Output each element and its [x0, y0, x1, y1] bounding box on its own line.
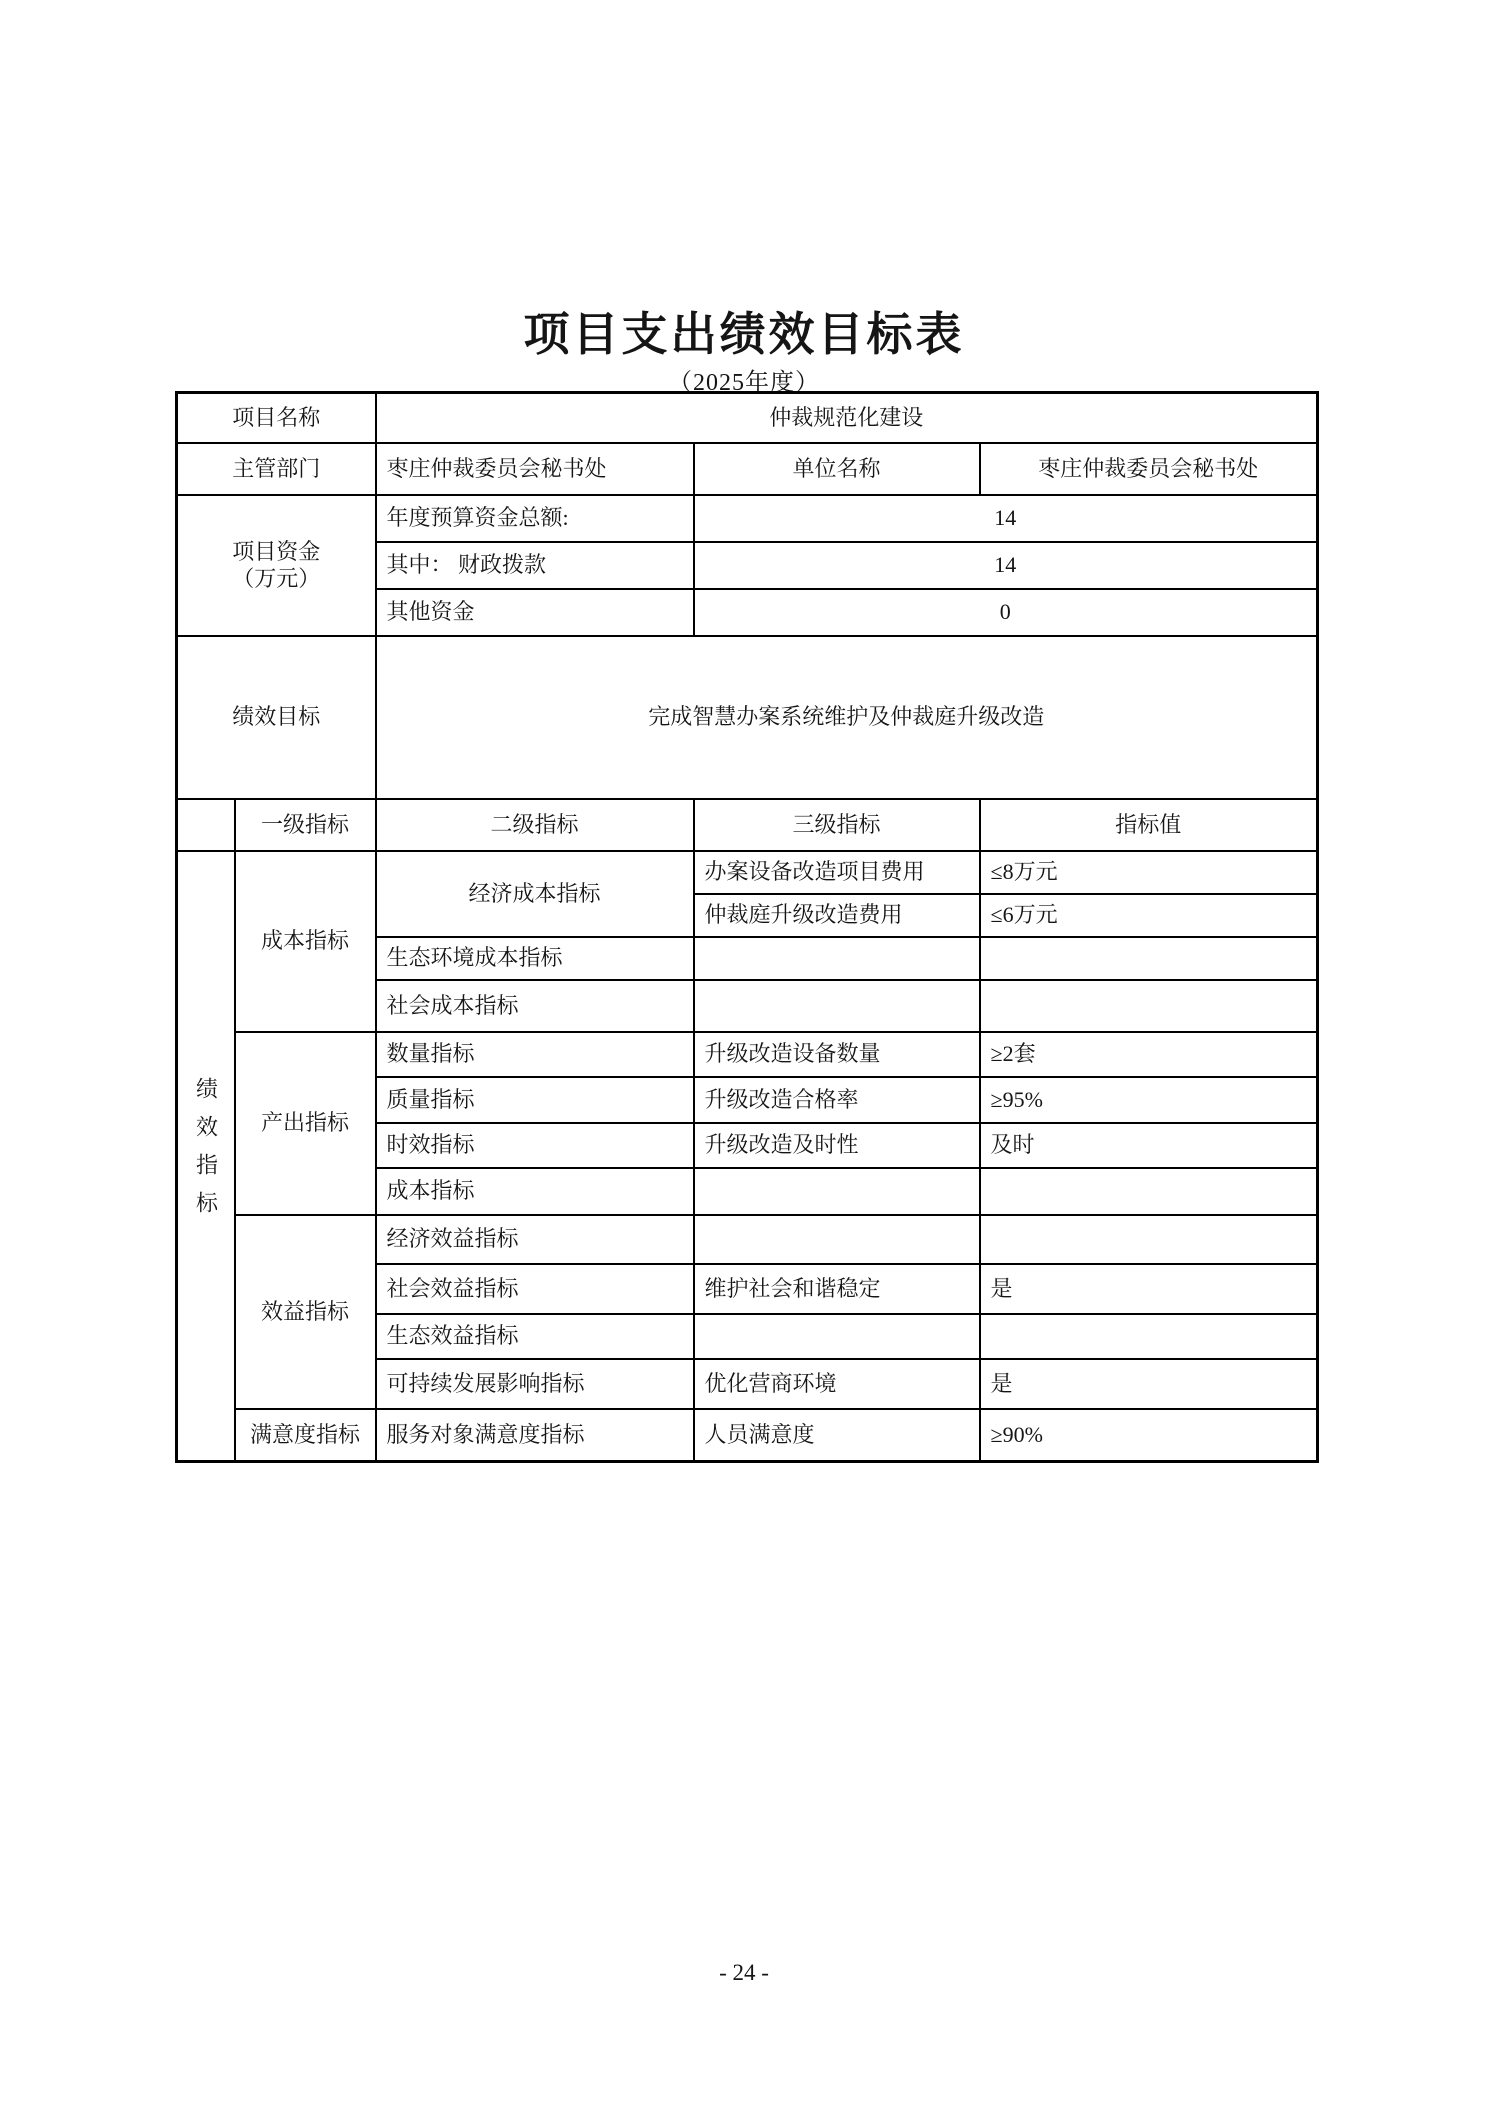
- level2-cell: 质量指标: [376, 1077, 694, 1123]
- value-cell: [980, 980, 1318, 1032]
- value-cell: ≥95%: [980, 1077, 1318, 1123]
- level2-cell: 成本指标: [376, 1168, 694, 1215]
- table-row: 项目名称 仲裁规范化建设: [177, 393, 1318, 443]
- value-cell: ≤6万元: [980, 894, 1318, 937]
- goal-label: 绩效目标: [177, 636, 376, 799]
- budget-total-value: 14: [694, 495, 1318, 542]
- level3-cell: 维护社会和谐稳定: [694, 1264, 980, 1314]
- level3-cell: [694, 937, 980, 980]
- level2-cell: 生态效益指标: [376, 1314, 694, 1359]
- header-level3: 三级指标: [694, 799, 980, 851]
- value-cell: 及时: [980, 1123, 1318, 1168]
- table-row: 绩效目标 完成智慧办案系统维护及仲裁庭升级改造: [177, 636, 1318, 799]
- fiscal-funds-label: 其中： 财政拨款: [376, 542, 694, 589]
- value-cell: [980, 937, 1318, 980]
- other-funds-label: 其他资金: [376, 589, 694, 636]
- level2-cell: 社会效益指标: [376, 1264, 694, 1314]
- level3-cell: [694, 1314, 980, 1359]
- table-row: 效益指标 经济效益指标: [177, 1215, 1318, 1264]
- dept-label: 主管部门: [177, 443, 376, 495]
- table-row: 一级指标 二级指标 三级指标 指标值: [177, 799, 1318, 851]
- level2-cell: 经济成本指标: [376, 851, 694, 937]
- header-level1: 一级指标: [235, 799, 376, 851]
- performance-target-table: 项目名称 仲裁规范化建设 主管部门 枣庄仲裁委员会秘书处 单位名称 枣庄仲裁委员…: [175, 391, 1319, 1463]
- level3-cell: [694, 980, 980, 1032]
- level2-cell: 社会成本指标: [376, 980, 694, 1032]
- side-label-vertical-text: 绩效指标: [192, 1077, 220, 1229]
- document-page: 项目支出绩效目标表 （2025年度） 项目名称 仲裁规范化建设 主管部门 枣庄仲…: [0, 0, 1488, 2104]
- level2-cell: 生态环境成本指标: [376, 937, 694, 980]
- level1-cell-cost: 成本指标: [235, 851, 376, 1032]
- table-row: 产出指标 数量指标 升级改造设备数量 ≥2套: [177, 1032, 1318, 1077]
- level3-cell: 人员满意度: [694, 1409, 980, 1462]
- side-label-cell: 绩效指标: [177, 851, 235, 1462]
- value-cell: 是: [980, 1264, 1318, 1314]
- project-name-label: 项目名称: [177, 393, 376, 443]
- level3-cell: 升级改造及时性: [694, 1123, 980, 1168]
- value-cell: 是: [980, 1359, 1318, 1409]
- level1-cell-satisfaction: 满意度指标: [235, 1409, 376, 1462]
- header-level2: 二级指标: [376, 799, 694, 851]
- table-row: 绩效指标 成本指标 经济成本指标 办案设备改造项目费用 ≤8万元: [177, 851, 1318, 894]
- table-row: 项目资金 （万元） 年度预算资金总额: 14: [177, 495, 1318, 542]
- level2-cell: 数量指标: [376, 1032, 694, 1077]
- goal-value: 完成智慧办案系统维护及仲裁庭升级改造: [376, 636, 1318, 799]
- header-spacer-cell: [177, 799, 235, 851]
- level2-cell: 服务对象满意度指标: [376, 1409, 694, 1462]
- level2-cell: 时效指标: [376, 1123, 694, 1168]
- level3-cell: [694, 1215, 980, 1264]
- budget-total-label: 年度预算资金总额:: [376, 495, 694, 542]
- table-row: 主管部门 枣庄仲裁委员会秘书处 单位名称 枣庄仲裁委员会秘书处: [177, 443, 1318, 495]
- level3-cell: 升级改造合格率: [694, 1077, 980, 1123]
- level3-cell: 办案设备改造项目费用: [694, 851, 980, 894]
- dept-value: 枣庄仲裁委员会秘书处: [376, 443, 694, 495]
- level3-cell: 升级改造设备数量: [694, 1032, 980, 1077]
- level3-cell: 仲裁庭升级改造费用: [694, 894, 980, 937]
- funds-label: 项目资金 （万元）: [177, 495, 376, 636]
- level2-cell: 可持续发展影响指标: [376, 1359, 694, 1409]
- value-cell: [980, 1215, 1318, 1264]
- page-title: 项目支出绩效目标表: [0, 298, 1488, 364]
- level2-cell: 经济效益指标: [376, 1215, 694, 1264]
- value-cell: [980, 1168, 1318, 1215]
- value-cell: ≤8万元: [980, 851, 1318, 894]
- project-name-value: 仲裁规范化建设: [376, 393, 1318, 443]
- level3-cell: [694, 1168, 980, 1215]
- page-number: - 24 -: [0, 1960, 1488, 1986]
- unit-value: 枣庄仲裁委员会秘书处: [980, 443, 1318, 495]
- unit-label: 单位名称: [694, 443, 980, 495]
- value-cell: [980, 1314, 1318, 1359]
- value-cell: ≥90%: [980, 1409, 1318, 1462]
- header-value: 指标值: [980, 799, 1318, 851]
- fiscal-funds-value: 14: [694, 542, 1318, 589]
- level3-cell: 优化营商环境: [694, 1359, 980, 1409]
- value-cell: ≥2套: [980, 1032, 1318, 1077]
- other-funds-value: 0: [694, 589, 1318, 636]
- level1-cell-output: 产出指标: [235, 1032, 376, 1215]
- level1-cell-benefit: 效益指标: [235, 1215, 376, 1409]
- table-row: 满意度指标 服务对象满意度指标 人员满意度 ≥90%: [177, 1409, 1318, 1462]
